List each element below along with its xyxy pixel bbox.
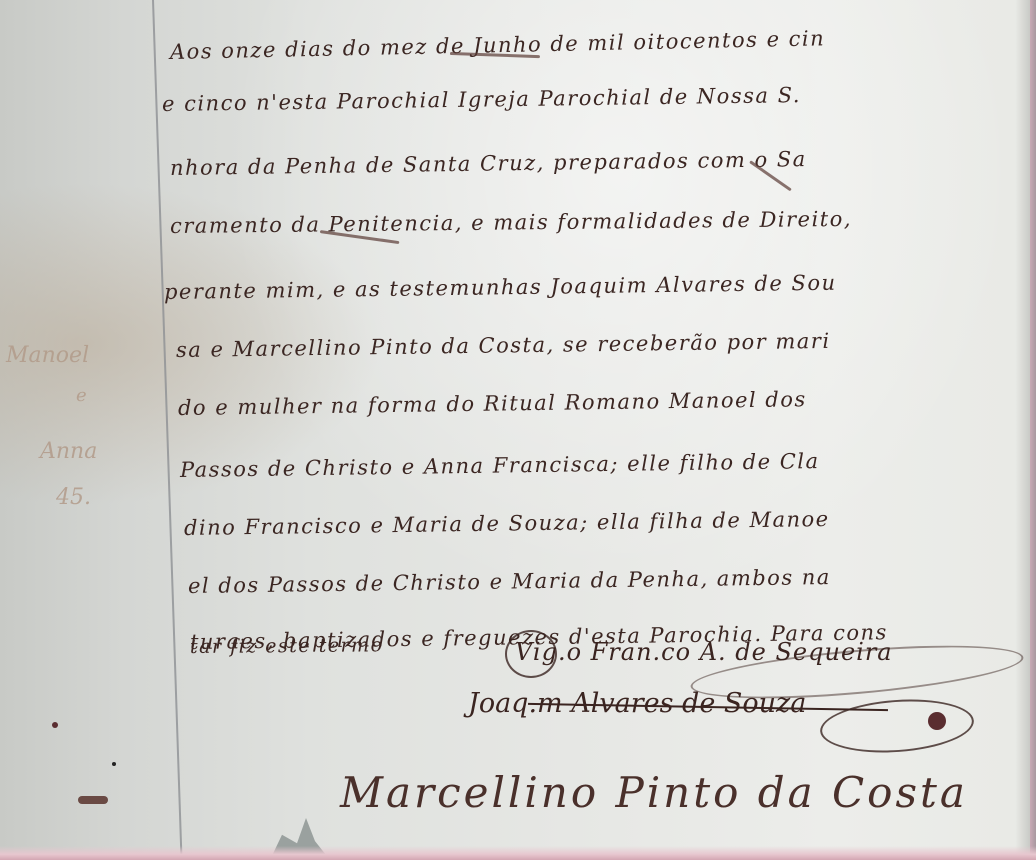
margin-rule-line [152,0,182,860]
margin-note-conjunction: e [76,387,87,405]
ink-blot [928,712,946,730]
ink-spot [112,762,116,766]
priest-signature-flourish [505,630,557,678]
margin-note-number: 45. [56,487,91,509]
record-line-9: dino Francisco e Maria de Souza; ella fi… [184,507,830,540]
record-line-7: do e mulher na forma do Ritual Romano Ma… [178,387,807,420]
margin-note-groom: Manoel [6,345,89,367]
manuscript-page: Manoel e Anna 45. Aos onze dias do mez d… [0,0,1036,860]
page-bottom-edge [0,846,1036,860]
witness-2-signature: Marcellino Pinto da Costa [340,768,968,817]
page-right-edge [1030,0,1036,860]
witness-1-name: Joaq.m Alvares de Souza [468,688,806,719]
witness-1-flourish [818,695,975,758]
record-line-5: perante mim, e as testemunhas Joaquim Al… [164,271,837,304]
record-line-2: e cinco n'esta Parochial Igreja Parochia… [162,83,801,116]
record-line-10: el dos Passos de Christo e Maria da Penh… [188,565,831,598]
record-line-6: sa e Marcellino Pinto da Costa, se receb… [176,329,831,362]
ink-spot [52,722,58,728]
record-line-3: nhora da Penha de Santa Cruz, preparados… [170,147,807,180]
record-line-4: cramento da Penitencia, e mais formalida… [170,207,852,238]
ink-smudge [78,796,108,804]
record-line-1: Aos onze dias do mez de Junho de mil oit… [170,26,826,64]
witness-1-signature: Joaq.m Alvares de Souza [468,688,806,719]
record-line-8: Passos de Christo e Anna Francisca; elle… [180,449,820,482]
margin-note-bride: Anna [40,441,97,463]
record-line-12: tar fiz este termo [190,634,384,658]
